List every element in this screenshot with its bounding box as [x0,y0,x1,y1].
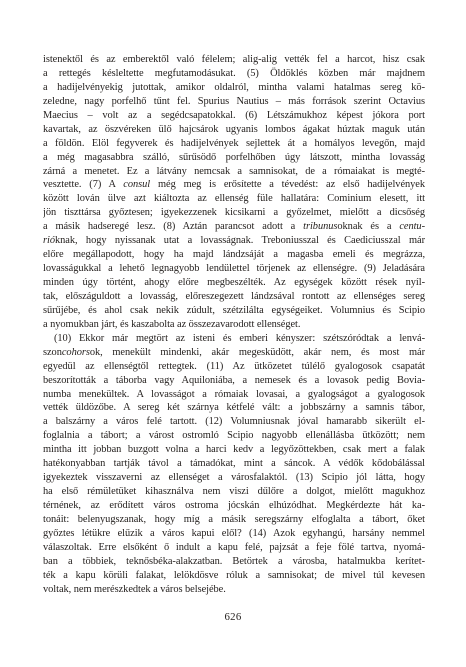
text-run: előre megállapodott, hogy ha majd lándzs… [43,249,425,260]
text-line: között lován ülve azt kiáltozta az ellen… [43,192,425,206]
text-run: a földön. Elöl fegyverek és hadijelvénye… [43,138,425,149]
text-line: zárná a menetet. Ez a látvány nemcsak a … [43,165,425,179]
latin-term: consul [123,179,150,190]
text-run: beszorították a táborba vagy Aquiloniába… [43,375,425,386]
text-run: még meg is erősítette a tévedést: az els… [150,179,425,190]
text-run: istenektől és az emberektől való félelem… [43,54,425,65]
text-line: vették üldözőbe. A sereg két szárnya két… [43,401,425,415]
latin-term: tribunus [303,221,337,232]
text-line: a hadijelvényekig jutottak, amikor oldal… [43,81,425,95]
text-run: ték a kapu körüli falakat, lelökdösve ró… [43,570,425,581]
text-run: ok, menekült mindenki, akár megesküdött,… [90,347,425,358]
text-run: vették üldözőbe. A sereg két szárnya két… [43,402,425,413]
text-line: válaszoltak. Erre elsőként ő indult a ka… [43,541,425,555]
text-run: vesztette. (7) A [43,179,123,190]
text-line: vesztette. (7) A consul még meg is erősí… [43,178,425,192]
text-run: zárná a menetet. Ez a látvány nemcsak a … [43,166,425,177]
text-run: foglalnia a tábort; a várost ostromló Sc… [43,430,425,441]
text-run: ban a többiek, teknősbéka-alakzatban. Be… [43,556,425,567]
book-page: istenektől és az emberektől való félelem… [0,0,466,667]
text-line: ban a többiek, teknősbéka-alakzatban. Be… [43,555,425,569]
text-line: mintha itt jobban buzgott volna a harci … [43,443,425,457]
text-line: zeledne, nagy porfelhő tűnt fel. Spurius… [43,95,425,109]
text-line: lovasságukkal a lehető legnagyobb lendül… [43,262,425,276]
text-line: igyekeztek visszaverni az ellenséget a v… [43,471,425,485]
page-text: istenektől és az emberektől való félelem… [43,53,425,597]
text-run: Maecius – volt az a segédcsapatokkal. (6… [43,110,425,121]
text-run: sűrűjébe, és ahol csak nekik zúdult, szé… [43,305,425,316]
text-run: zeledne, nagy porfelhő tűnt fel. Spurius… [43,96,425,107]
text-line: rióknak, hogy nyissanak utat a lovasságn… [43,234,425,248]
text-line: a nyomukban járt, és kaszabolta az össze… [43,318,425,332]
text-run: válaszoltak. Erre elsőként ő indult a ka… [43,542,425,553]
latin-term: centu- [399,221,425,232]
text-line: előre megállapodott, hogy ha majd lándzs… [43,248,425,262]
text-line: voltak, nem merészkedtek a város belsejé… [43,583,425,597]
text-line: Maecius – volt az a segédcsapatokkal. (6… [43,109,425,123]
text-line: istenektől és az emberektől való félelem… [43,53,425,67]
text-run: győztes létükre elűzik a város kapui elő… [43,528,425,539]
text-run: numba menekültek. A lovasságot a rómaiak… [43,389,425,400]
text-run: tak, előszáguldott a lovasság, előreszeg… [43,291,425,302]
text-line: ték a kapu körüli falakat, lelökdösve ró… [43,569,425,583]
text-line: győztes létükre elűzik a város kapui elő… [43,527,425,541]
text-line: a földön. Elöl fegyverek és hadijelvénye… [43,137,425,151]
text-line: beszorították a táborba vagy Aquiloniába… [43,374,425,388]
text-run: lovasságukkal a lehető legnagyobb lendül… [43,263,425,274]
text-run: minden úgy történt, ahogy előre megbeszé… [43,277,425,288]
text-run: a nyomukban járt, és kaszabolta az össze… [43,319,300,330]
text-line: numba menekültek. A lovasságot a rómaiak… [43,388,425,402]
text-run: a rettegés késleltette megfutamodásukat.… [43,68,425,79]
text-line: minden úgy történt, ahogy előre megbeszé… [43,276,425,290]
text-line: jön tiszttársa győztesen; igyekezzenek k… [43,206,425,220]
text-run: a balszárny a város felé tartott. (12) V… [43,416,425,427]
text-line: szoncohorsok, menekült mindenki, akár me… [43,346,425,360]
text-run: hatékonyabban tartják távol a támadókat,… [43,458,425,469]
text-run: a hadijelvényekig jutottak, amikor oldal… [43,82,425,93]
text-run: (10) Ekkor már megtört az isteni és embe… [54,333,425,344]
latin-term: cohors [62,347,90,358]
text-line: ha első rémületüket kihasználva nem visz… [43,485,425,499]
text-run: a másik hadseregé lesz. (8) Aztán paranc… [43,221,303,232]
text-run: voltak, nem merészkedtek a város belsejé… [43,584,226,595]
text-run: kavartak, az öszvéreken ülő hajcsárok ug… [43,124,425,135]
text-run: knak, hogy nyissanak utat a lovasságnak.… [55,235,425,246]
text-line: foglalnia a tábort; a várost ostromló Sc… [43,429,425,443]
text-line: térnének, az erődített város ostroma jóc… [43,499,425,513]
text-line: tonáit: belenyugszanak, hogy míg a másik… [43,513,425,527]
text-run: ha első rémületüket kihasználva nem visz… [43,486,425,497]
text-line: (10) Ekkor már megtört az isteni és embe… [43,332,425,346]
text-run: a még magasabbra szálló, sűrűsödő porfel… [43,152,425,163]
text-line: tak, előszáguldott a lovasság, előreszeg… [43,290,425,304]
text-line: sűrűjébe, és ahol csak nekik zúdult, szé… [43,304,425,318]
text-run: tonáit: belenyugszanak, hogy míg a másik… [43,514,425,525]
latin-term: rió [43,235,55,246]
text-run: szon [43,347,62,358]
text-run: térnének, az erődített város ostroma jóc… [43,500,425,511]
text-run: jön tiszttársa győztesen; igyekezzenek k… [43,207,425,218]
text-line: a másik hadseregé lesz. (8) Aztán paranc… [43,220,425,234]
text-run: egyedül az ellenségtől rettegtek. (11) A… [43,361,425,372]
page-number: 626 [0,611,466,623]
text-run: között lován ülve azt kiáltozta az ellen… [43,193,425,204]
text-line: a balszárny a város felé tartott. (12) V… [43,415,425,429]
text-run: oknak és a [337,221,399,232]
text-line: egyedül az ellenségtől rettegtek. (11) A… [43,360,425,374]
text-line: a még magasabbra szálló, sűrűsödő porfel… [43,151,425,165]
text-line: hatékonyabban tartják távol a támadókat,… [43,457,425,471]
text-run: mintha itt jobban buzgott volna a harci … [43,444,425,455]
text-line: kavartak, az öszvéreken ülő hajcsárok ug… [43,123,425,137]
text-run: igyekeztek visszaverni az ellenséget a v… [43,472,425,483]
text-line: a rettegés késleltette megfutamodásukat.… [43,67,425,81]
